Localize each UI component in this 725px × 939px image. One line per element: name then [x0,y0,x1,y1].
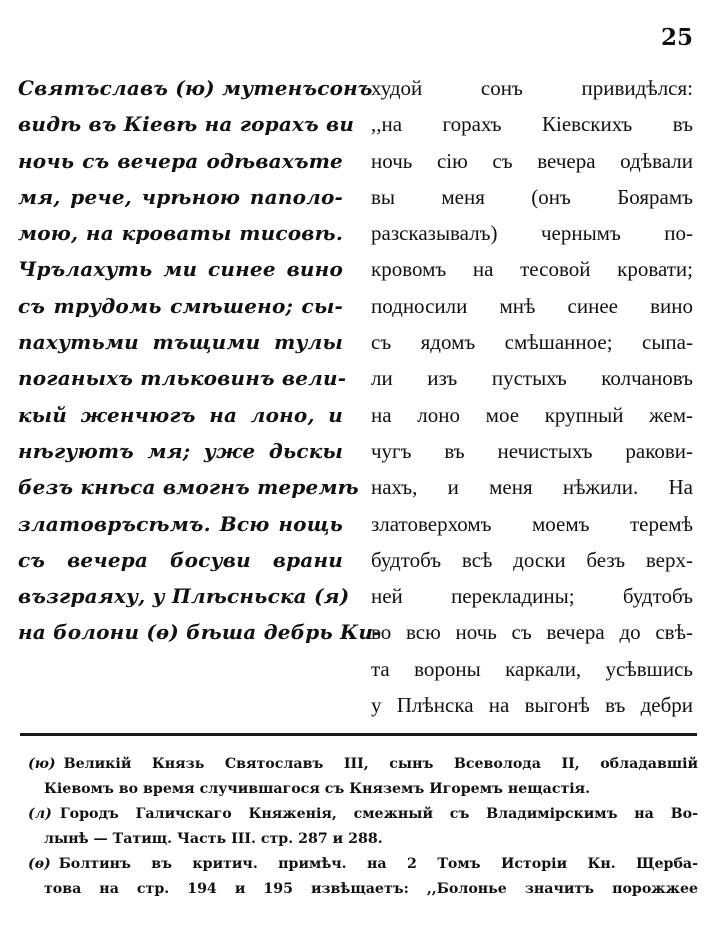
text-line: пахутьми тъщими тулы [18,324,343,360]
text-line: съ ядомъ смѣшанное; сыпа- [371,324,693,360]
text-line: кровомъ на тесовой кровати; [371,251,693,287]
text-line: златовръсѣмъ. Всю нощь [18,506,343,542]
right-column-translation-text: худой сонъ привидѣлся: ,,на горахъ Кіевс… [371,70,693,723]
text-line: мя, рече, чрѣною паполо- [18,179,343,215]
text-line: подносили мнѣ синее вино [371,288,693,324]
page-number: 25 [661,24,693,51]
text-line: кый женчюгъ на лоно, и [18,397,343,433]
text-line: съ вечера босуви врани [18,542,343,578]
footnote-line: (л)Городъ Галичскаго Княженія, смежный с… [28,802,698,827]
footnote-line: (ю)Великій Князь Святославъ III, сынъ Вс… [28,752,698,777]
text-line: та вороны каркали, усѣвшись [371,651,693,687]
text-line: златоверхомъ моемъ теремѣ [371,506,693,542]
footnote-yu: (ю)Великій Князь Святославъ III, сынъ Вс… [28,752,698,802]
footnote-mark: (л) [28,806,52,822]
text-line: Чрълахуть ми синее вино [18,251,343,287]
footnote-line: това на стр. 194 и 195 извѣщаетъ: ,,Боло… [28,877,698,902]
text-line: чугъ въ нечистыхъ ракови- [371,433,693,469]
footnote-text: Городъ Галичскаго Княженія, смежный съ В… [60,806,698,822]
text-line: вы меня (онъ Боярамъ [371,179,693,215]
text-line: ли изъ пустыхъ колчановъ [371,360,693,396]
text-line: ней перекладины; будтобъ [371,578,693,614]
text-line: нахъ, и меня нѣжили. На [371,469,693,505]
text-line: ночь съ вечера одѣвахъте [18,143,343,179]
text-line: худой сонъ привидѣлся: [371,70,693,106]
text-line: Святъславъ (ю) мутенъсонъ [18,70,343,106]
footnote-line: (ѳ)Болтинъ въ критич. примѣч. на 2 Томъ … [28,852,698,877]
footnote-divider-rule [20,733,697,736]
text-line: ,,на горахъ Кіевскихъ въ [371,106,693,142]
footnote-line: Кіевомъ во время случившагося съ Княземъ… [28,777,698,802]
footnote-mark: (ю) [28,756,56,772]
text-line: на лоно мое крупный жем- [371,397,693,433]
text-line: безъ кнѣса вмогнъ теремѣ [18,469,343,505]
text-line: ночь сію съ вечера одѣвали [371,143,693,179]
text-line: поганыхъ тльковинъ вели- [18,360,343,396]
footnotes: (ю)Великій Князь Святославъ III, сынъ Вс… [28,752,698,902]
text-line: възграяху, у Плѣсньска (я) [18,578,343,614]
footnote-text: Болтинъ въ критич. примѣч. на 2 Томъ Ист… [59,856,698,872]
text-line: во всю ночь съ вечера до свѣ- [371,614,693,650]
left-column-old-russian-text: Святъславъ (ю) мутенъсонъ видѣ въ Кіевѣ … [18,70,343,651]
footnote-mark: (ѳ) [28,856,51,872]
text-line: видѣ въ Кіевѣ на горахъ ви [18,106,343,142]
footnote-line: лынѣ — Татищ. Часть III. стр. 287 и 288. [28,827,698,852]
footnote-fita: (ѳ)Болтинъ въ критич. примѣч. на 2 Томъ … [28,852,698,902]
text-line: разсказывалъ) чернымъ по- [371,215,693,251]
text-line: мою, на кроваты тисовѣ. [18,215,343,251]
text-line: будтобъ всѣ доски безъ верх- [371,542,693,578]
text-line: на болони (ѳ) бѣша дебрь Ки- [18,614,343,650]
footnote-text: Великій Князь Святославъ III, сынъ Всево… [64,756,698,772]
text-line: нѣгуютъ мя; уже дьскы [18,433,343,469]
text-line: съ трудомь смѣшено; сы- [18,288,343,324]
text-line: у Плѣнска на выгонѣ въ дебри [371,687,693,723]
footnote-l: (л)Городъ Галичскаго Княженія, смежный с… [28,802,698,852]
